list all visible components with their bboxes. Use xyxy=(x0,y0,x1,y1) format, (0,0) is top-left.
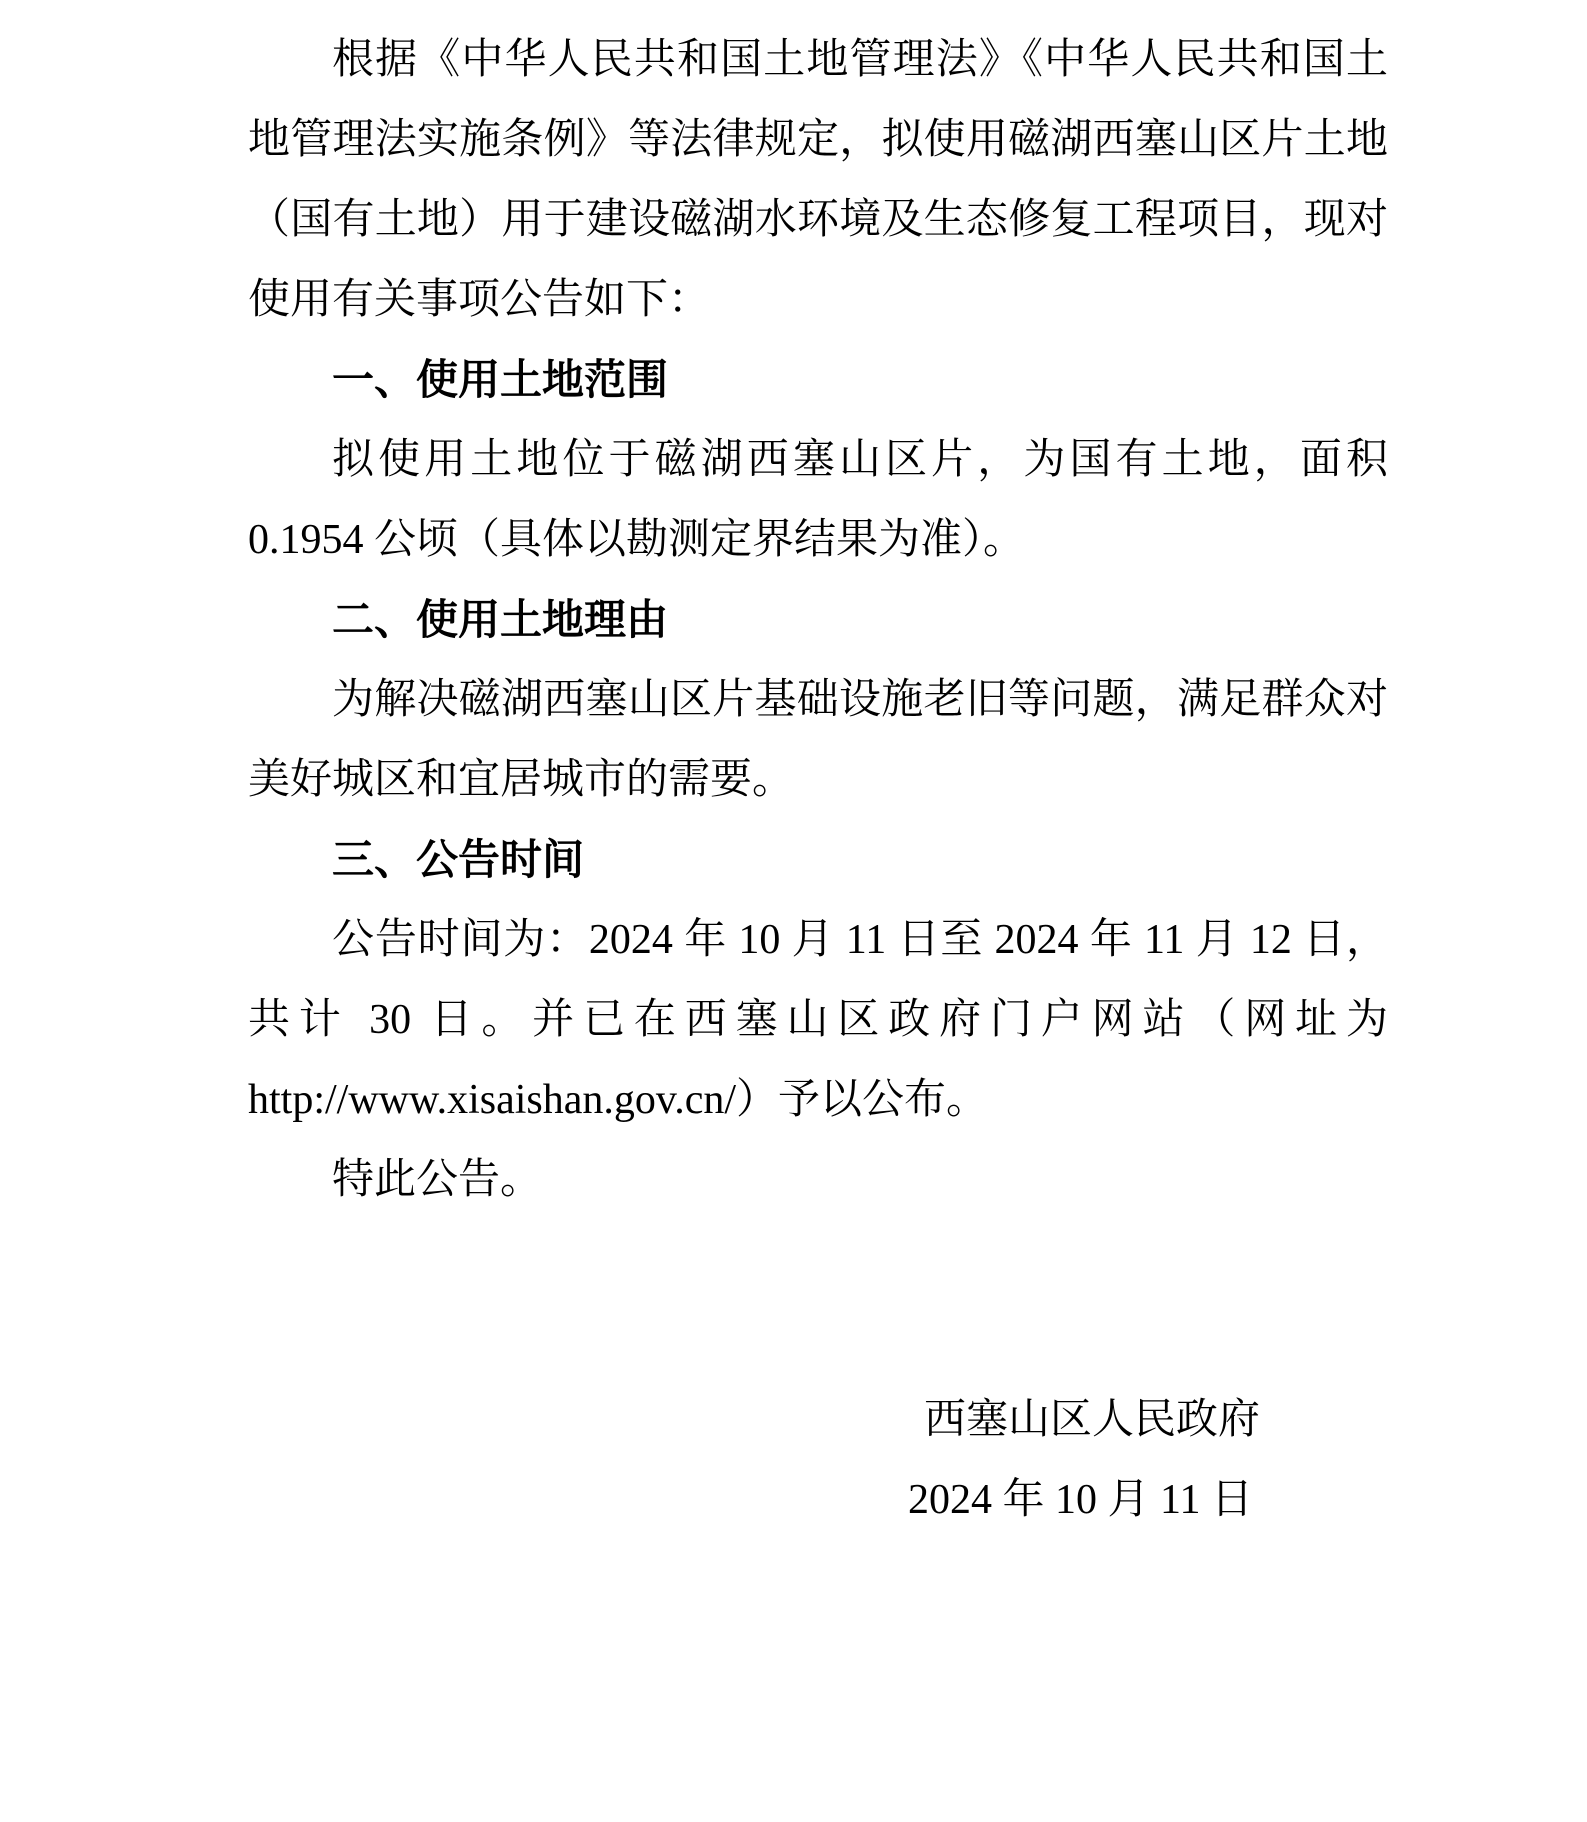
intro-paragraph: 根据《中华人民共和国土地管理法》《中华人民共和国土地管理法实施条例》等法律规定，… xyxy=(248,20,1388,340)
section-2-heading: 二、使用土地理由 xyxy=(248,580,1388,660)
section-3-heading: 三、公告时间 xyxy=(248,820,1388,900)
document-page: 根据《中华人民共和国土地管理法》《中华人民共和国土地管理法实施条例》等法律规定，… xyxy=(0,0,1587,1822)
signature-date: 2024 年 10 月 11 日 xyxy=(248,1460,1388,1540)
closing-line: 特此公告。 xyxy=(248,1140,1388,1220)
section-3-paragraph: 公告时间为：2024 年 10 月 11 日至 2024 年 11 月 12 日… xyxy=(248,900,1388,1140)
section-1-paragraph: 拟使用土地位于磁湖西塞山区片，为国有土地，面积 0.1954 公顷（具体以勘测定… xyxy=(248,420,1388,580)
signature-issuer: 西塞山区人民政府 xyxy=(248,1380,1388,1460)
section-1-heading: 一、使用土地范围 xyxy=(248,340,1388,420)
section-2-paragraph: 为解决磁湖西塞山区片基础设施老旧等问题，满足群众对美好城区和宜居城市的需要。 xyxy=(248,660,1388,820)
blank-space xyxy=(248,1220,1388,1380)
